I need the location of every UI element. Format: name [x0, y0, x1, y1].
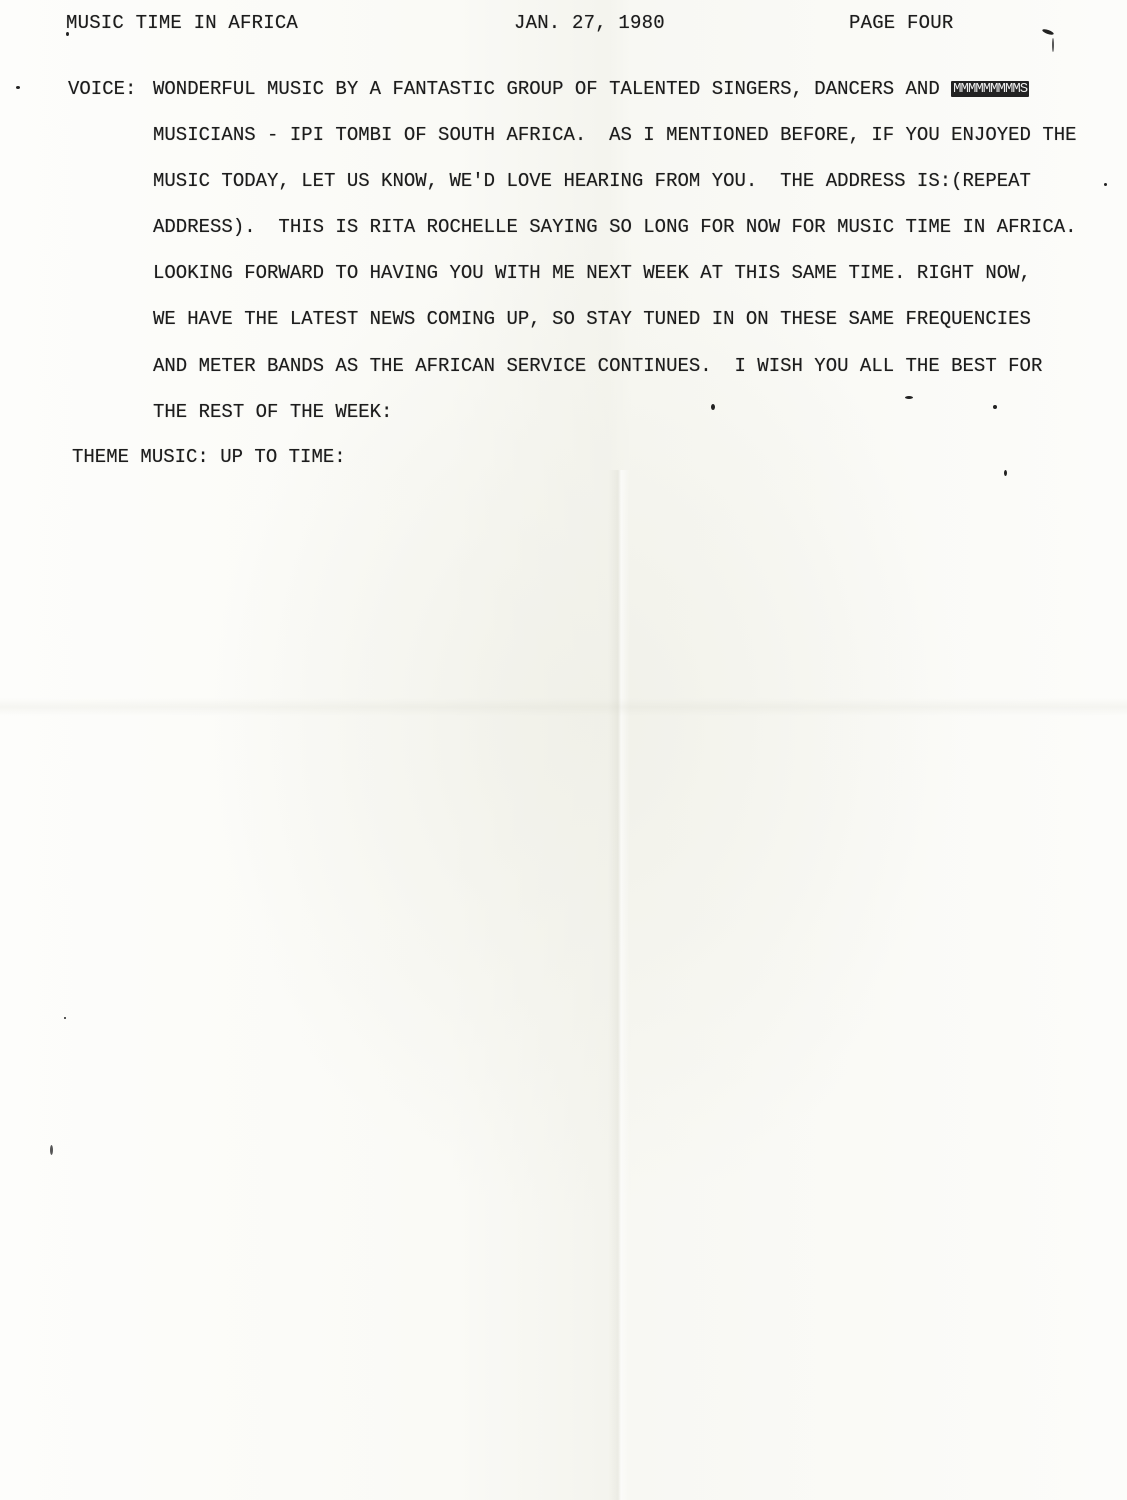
script-line: WE HAVE THE LATEST NEWS COMING UP, SO ST… — [153, 308, 1031, 330]
ink-mark — [1052, 38, 1054, 52]
ink-speck — [1104, 183, 1107, 186]
ink-speck — [993, 405, 997, 409]
script-line: MUSIC TODAY, LET US KNOW, WE'D LOVE HEAR… — [153, 170, 1031, 192]
script-line: ADDRESS). THIS IS RITA ROCHELLE SAYING S… — [153, 216, 1077, 238]
ink-speck — [64, 1017, 66, 1019]
page-number: PAGE FOUR — [849, 12, 953, 34]
script-line: LOOKING FORWARD TO HAVING YOU WITH ME NE… — [153, 262, 1031, 284]
program-title: MUSIC TIME IN AFRICA — [66, 12, 298, 34]
ink-speck — [50, 1145, 53, 1155]
ink-speck — [905, 396, 913, 399]
ink-speck — [16, 86, 20, 89]
ink-speck — [711, 404, 715, 410]
script-line: THE REST OF THE WEEK: — [153, 401, 392, 423]
script-line-text: WONDERFUL MUSIC BY A FANTASTIC GROUP OF … — [153, 78, 951, 100]
music-cue: THEME MUSIC: UP TO TIME: — [72, 446, 346, 468]
ink-speck — [1004, 470, 1007, 476]
broadcast-date: JAN. 27, 1980 — [514, 12, 665, 34]
script-line: WONDERFUL MUSIC BY A FANTASTIC GROUP OF … — [153, 78, 1029, 100]
script-line: MUSICIANS - IPI TOMBI OF SOUTH AFRICA. A… — [153, 124, 1077, 146]
struck-out-word: MMMMMMMMMS — [951, 81, 1029, 97]
speaker-label-voice: VOICE: — [68, 78, 136, 100]
ink-speck — [66, 32, 69, 36]
vertical-fold-crease — [608, 470, 630, 1500]
script-line: AND METER BANDS AS THE AFRICAN SERVICE C… — [153, 355, 1042, 377]
horizontal-fold-crease — [0, 698, 1127, 716]
